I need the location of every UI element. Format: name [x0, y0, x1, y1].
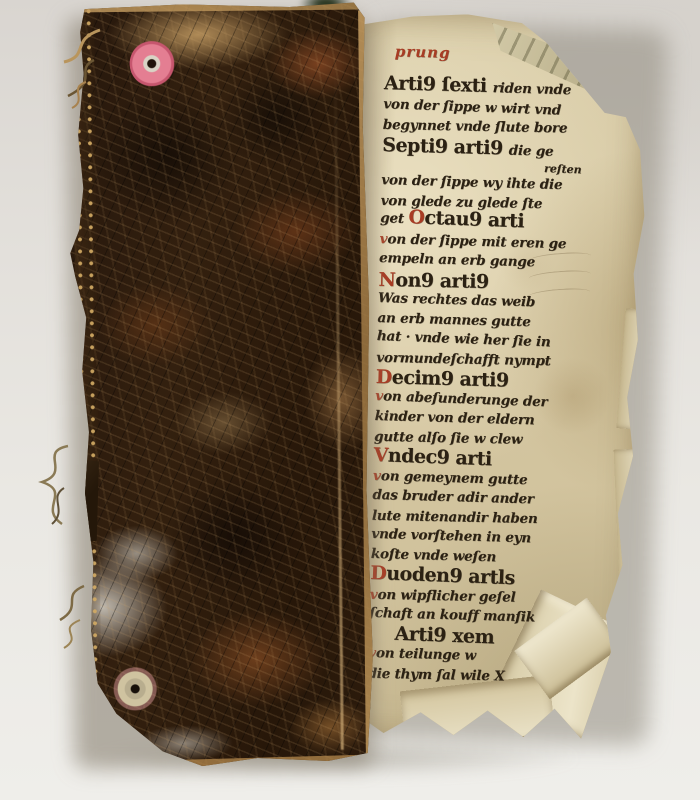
script-text: begynnet vnde ſlute bore [383, 117, 568, 137]
text-line: von wipflicher geſel [370, 584, 584, 608]
script-text: O [408, 206, 425, 229]
script-text: D [370, 562, 387, 585]
manuscript-page: prungArti9 ſexti riden vndevon der ſippe… [332, 11, 656, 747]
script-text: get [380, 210, 409, 227]
text-line: lute mitenandir haben [372, 505, 586, 529]
script-text: ſchaft an kouff manſik [369, 605, 535, 626]
script-text: riden vnde [492, 80, 571, 98]
leather-scratch-texture [60, 2, 374, 767]
text-line: Non9 arti9 [378, 271, 592, 293]
script-text: hat · vnde wie her ſie in [377, 328, 551, 350]
script-text: prung [395, 42, 451, 62]
script-text: ndec9 arti [387, 445, 492, 471]
script-text: die ge [509, 142, 554, 159]
script-text: on9 arti9 [395, 269, 489, 293]
cover-boss-top [129, 39, 178, 88]
script-text: on teilunge w [376, 645, 476, 664]
script-text: Arti9 xem [394, 622, 494, 648]
script-text: Arti9 ſexti [384, 72, 493, 97]
script-text: vnde vorſtehen in eyn [371, 526, 531, 546]
script-text: on abeſunderunge der [383, 388, 548, 410]
script-text: Was rechtes das weib [378, 290, 536, 310]
binding-threads-middle [26, 428, 88, 550]
script-text: das bruder adir ander [372, 487, 534, 507]
text-line: die thym ſal wile X [367, 663, 581, 687]
binding-threads-top [38, 22, 110, 114]
script-text: V [373, 444, 388, 467]
script-text: D [376, 366, 393, 388]
binding-threads-bottom [38, 576, 100, 660]
cover-boss-bottom [111, 665, 160, 714]
photo-scene: prungArti9 ſexti riden vndevon der ſippe… [0, 0, 700, 800]
script-text: lute mitenandir haben [372, 507, 538, 526]
script-text: ctau9 arti [424, 207, 524, 233]
script-text: empeln an erb gange [379, 250, 535, 270]
script-text: kinder von der eldern [374, 408, 534, 428]
script-text: reſten [544, 162, 582, 176]
text-column: prungArti9 ſexti riden vndevon der ſippe… [367, 38, 599, 688]
script-text: on gemeynem gutte [381, 468, 528, 488]
text-line: vormundeſchafft nympt [376, 347, 590, 371]
script-text: von der ſippe wy ihte die [381, 172, 562, 193]
leather-cover [60, 2, 374, 767]
script-text: N [378, 268, 395, 290]
script-text: on wipflicher geſel [377, 586, 515, 605]
script-text: die thym ſal wile X [367, 665, 504, 684]
script-text: vormundeſchafft nympt [376, 349, 551, 368]
